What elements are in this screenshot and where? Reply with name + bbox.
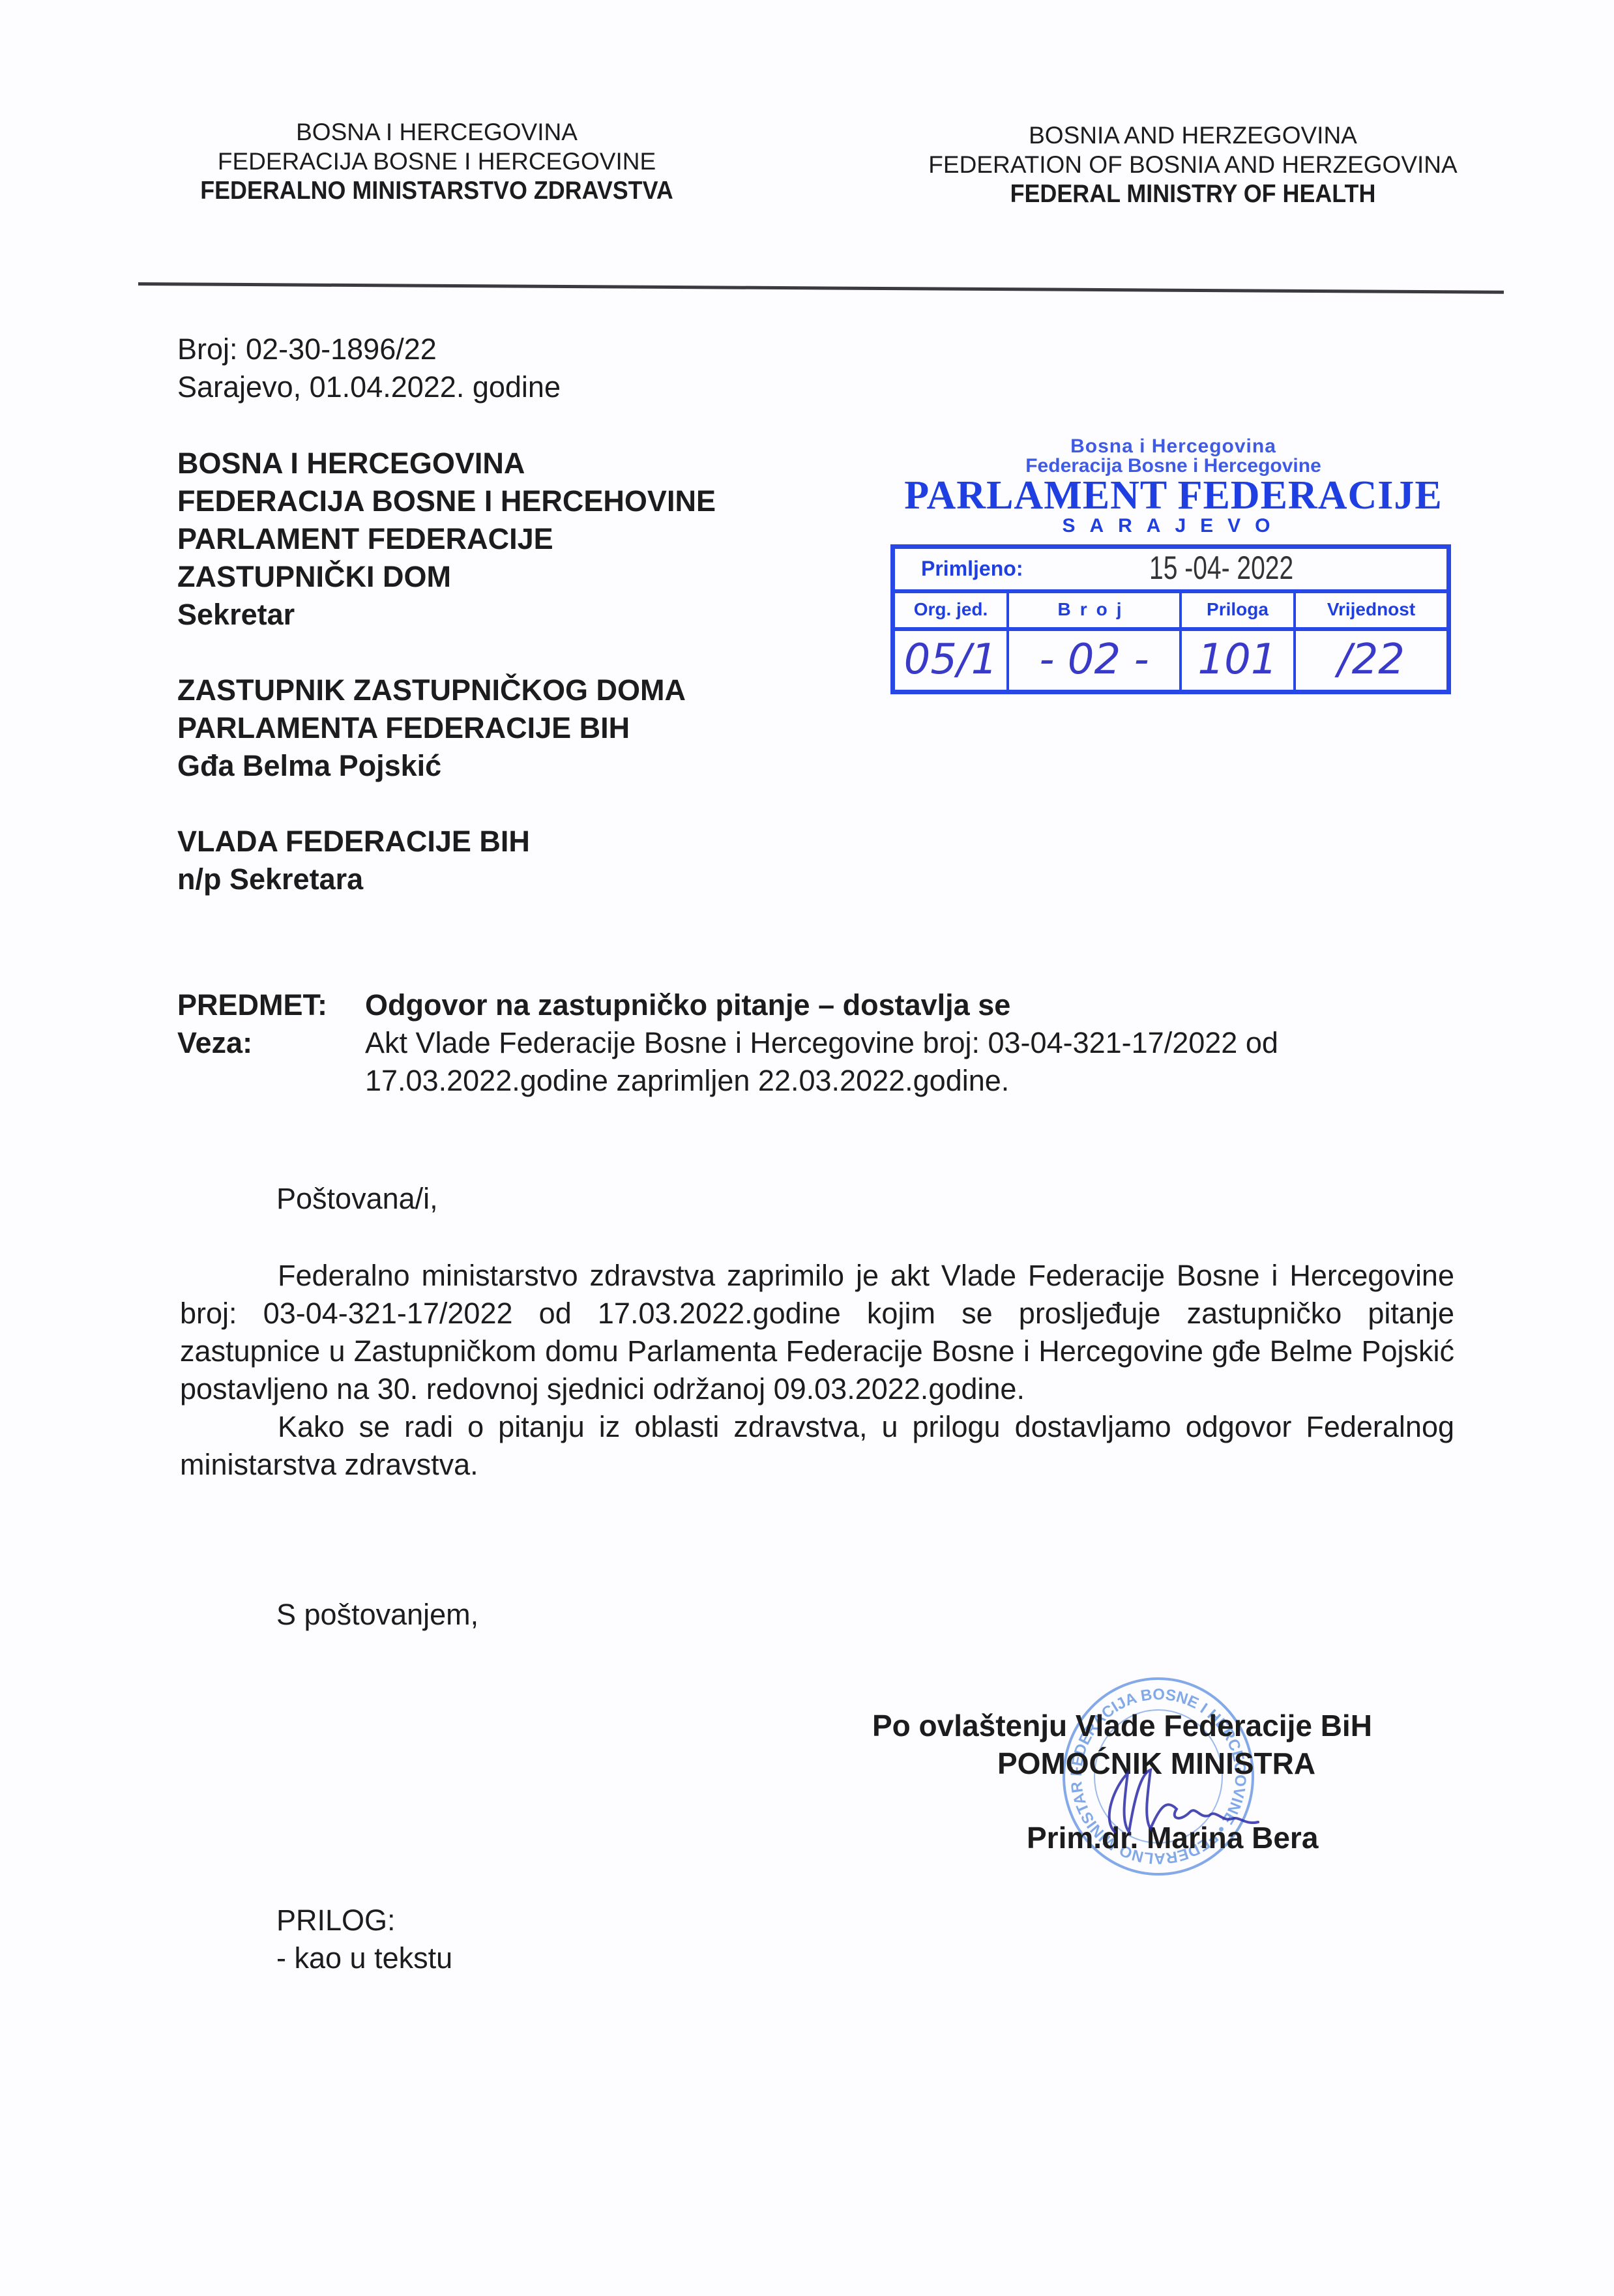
- link-text: Akt Vlade Federacije Bosne i Hercegovine…: [365, 1024, 1408, 1100]
- reference-place-date: Sarajevo, 01.04.2022. godine: [177, 368, 561, 406]
- stamp-number-value: - 02 -: [1009, 631, 1182, 690]
- attachment-item: - kao u tekstu: [276, 1939, 452, 1977]
- salutation: Poštovana/i,: [276, 1180, 438, 1218]
- recipient-line: PARLAMENTA FEDERACIJE BIH: [177, 709, 716, 747]
- recipient-representative: ZASTUPNIK ZASTUPNIČKOG DOMA PARLAMENTA F…: [177, 671, 716, 785]
- stamp-city: SARAJEVO: [887, 515, 1460, 537]
- letterhead-country-en: BOSNIA AND HERZEGOVINA: [906, 121, 1480, 150]
- signature-authority: Po ovlaštenju Vlade Federacije BiH: [872, 1707, 1372, 1744]
- recipient-line: Sekretar: [177, 596, 716, 634]
- stamp-country: Bosna i Hercegovina: [887, 437, 1460, 456]
- stamp-value-value: /22: [1296, 631, 1446, 690]
- recipient-line: n/p Sekretara: [177, 861, 716, 898]
- attachment-label: PRILOG:: [276, 1902, 452, 1939]
- recipients: BOSNA I HERCEGOVINA FEDERACIJA BOSNE I H…: [177, 445, 716, 936]
- stamp-col-attachments: Priloga: [1182, 593, 1296, 627]
- stamp-attachments-value: 101: [1182, 631, 1296, 690]
- subject-block: PREDMET: Odgovor na zastupničko pitanje …: [177, 986, 1416, 1100]
- parliament-receipt-stamp: Bosna i Hercegovina Federacija Bosne i H…: [887, 437, 1460, 537]
- recipient-line: ZASTUPNIK ZASTUPNIČKOG DOMA: [177, 671, 716, 709]
- letterhead-country: BOSNA I HERCEGOVINA: [163, 117, 711, 147]
- body-paragraph: Kako se radi o pitanju iz oblasti zdravs…: [180, 1408, 1454, 1484]
- letterhead-federation: FEDERACIJA BOSNE I HERCEGOVINE: [163, 147, 711, 176]
- recipient-line: ZASTUPNIČKI DOM: [177, 558, 716, 596]
- stamp-federation: Federacija Bosne i Hercegovine: [887, 456, 1460, 476]
- attachment-block: PRILOG: - kao u tekstu: [276, 1902, 452, 1977]
- stamp-values-row: 05/1 - 02 - 101 /22: [895, 631, 1446, 690]
- letterhead-left: BOSNA I HERCEGOVINA FEDERACIJA BOSNE I H…: [163, 117, 711, 205]
- subject-label: PREDMET:: [177, 986, 365, 1024]
- recipient-parliament: BOSNA I HERCEGOVINA FEDERACIJA BOSNE I H…: [177, 445, 716, 634]
- stamp-received-date: 15 -04- 2022: [1149, 549, 1293, 587]
- link-label: Veza:: [177, 1024, 365, 1100]
- stamp-col-number: Broj: [1009, 593, 1182, 627]
- document-reference: Broj: 02-30-1896/22 Sarajevo, 01.04.2022…: [177, 331, 561, 406]
- letterhead-right: BOSNIA AND HERZEGOVINA FEDERATION OF BOS…: [906, 121, 1480, 209]
- recipient-line: VLADA FEDERACIJE BIH: [177, 823, 716, 861]
- recipient-line: PARLAMENT FEDERACIJE: [177, 520, 716, 558]
- stamp-table: Primljeno: 15 -04- 2022 Org. jed. Broj P…: [890, 544, 1451, 694]
- letterhead-federation-en: FEDERATION OF BOSNIA AND HERZEGOVINA: [906, 150, 1480, 179]
- recipient-line: Gđa Belma Pojskić: [177, 747, 716, 785]
- header-divider: [138, 282, 1504, 294]
- letter-body: Federalno ministarstvo zdravstva zaprimi…: [180, 1257, 1454, 1484]
- recipient-government: VLADA FEDERACIJE BIH n/p Sekretara: [177, 823, 716, 898]
- letterhead-ministry: FEDERALNO MINISTARSTVO ZDRAVSTVA: [185, 176, 689, 205]
- stamp-parliament: PARLAMENT FEDERACIJE: [887, 476, 1460, 515]
- subject-text: Odgovor na zastupničko pitanje – dostavl…: [365, 986, 1010, 1024]
- stamp-col-org: Org. jed.: [895, 593, 1009, 627]
- recipient-line: FEDERACIJA BOSNE I HERCEHOVINE: [177, 482, 716, 520]
- handwritten-signature-icon: [1089, 1760, 1284, 1845]
- stamp-header-row: Org. jed. Broj Priloga Vrijednost: [895, 593, 1446, 631]
- letterhead-ministry-en: FEDERAL MINISTRY OF HEALTH: [929, 179, 1457, 209]
- reference-number: Broj: 02-30-1896/22: [177, 331, 561, 368]
- closing: S poštovanjem,: [276, 1596, 478, 1634]
- stamp-col-value: Vrijednost: [1296, 593, 1446, 627]
- stamp-received-label: Primljeno:: [921, 557, 1023, 581]
- body-paragraph: Federalno ministarstvo zdravstva zaprimi…: [180, 1257, 1454, 1408]
- stamp-org-value: 05/1: [895, 631, 1009, 690]
- stamp-received-row: Primljeno: 15 -04- 2022: [895, 549, 1446, 593]
- recipient-line: BOSNA I HERCEGOVINA: [177, 445, 716, 482]
